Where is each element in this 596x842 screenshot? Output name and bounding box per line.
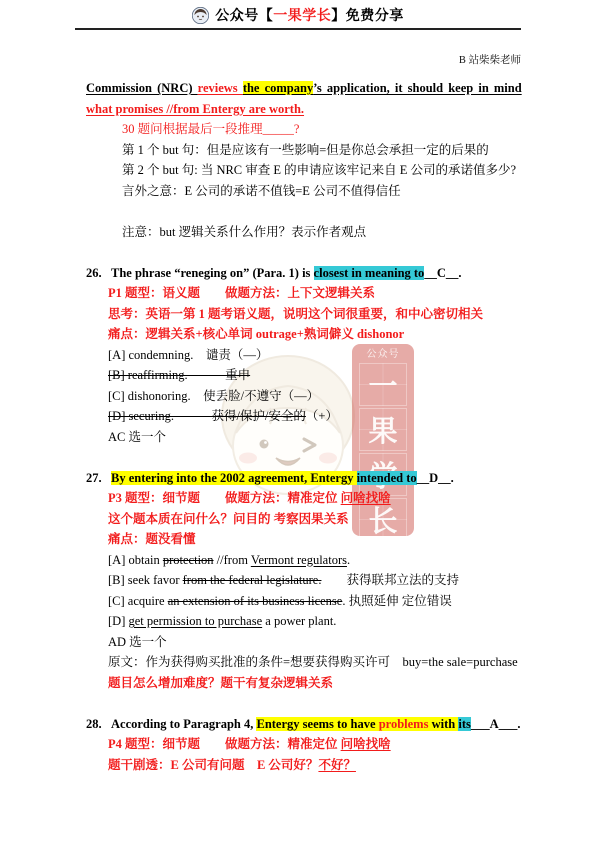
spacer <box>86 447 510 468</box>
q26-type-line: P1 题型：语义题 做题方法：上下文逻辑关系 <box>86 283 510 304</box>
q27-option-c: [C] acquire an extension of its business… <box>86 591 510 612</box>
q27-difficulty-line: 题目怎么增加难度？题干有复杂逻辑关系 <box>86 673 510 694</box>
note-but1: 第 1 个 but 句：但是应该有一些影响=但是你总会承担一定的后果的 <box>86 140 510 161</box>
question-28-number: 28. <box>86 714 111 735</box>
q27-yellow-highlight: By entering into the 2002 agreement, Ent… <box>111 471 357 485</box>
q27-option-d: [D] get permission to purchase a power p… <box>86 611 510 632</box>
q27-option-a: [A] obtain protection //from Vermont reg… <box>86 550 510 571</box>
header-title-post: 】免费分享 <box>331 7 404 23</box>
teacher-credit: B 站柴柴老师 <box>0 52 521 67</box>
document-page: 公众号【一果学长】免费分享 B 站柴柴老师 公众号 一 果 学 长 Commis… <box>0 0 596 842</box>
q26-verdict: AC 选一个 <box>86 427 510 448</box>
q27-cyan-highlight: intended to <box>357 471 417 485</box>
q26-pain-line: 痛点：逻辑关系+核心单词 outrage+熟词僻义 dishonor <box>86 324 510 345</box>
note-but2: 第 2 个 but 句: 当 NRC 审查 E 的申请应该牢记来自 E 公司的承… <box>86 160 510 181</box>
q28-type-line: P4 题型：细节题 做题方法：精准定位 问啥找啥 <box>86 734 510 755</box>
q27-verdict: AD 选一个 <box>86 632 510 653</box>
intro-line-1: Commission (NRC) reviews the company’s a… <box>86 78 510 99</box>
document-body: Commission (NRC) reviews the company’s a… <box>86 78 510 775</box>
question-28-stem: 28.According to Paragraph 4, Entergy see… <box>86 714 510 735</box>
q28-spoiler-line: 题干剧透：E 公司有问题 E 公司好？不好？ <box>86 755 510 776</box>
intro-keyword-reviews: reviews <box>198 81 243 95</box>
q26-think-line: 思考：英语一第 1 题考语义题，说明这个词很重要，和中心密切相关 <box>86 304 510 325</box>
question-26-number: 26. <box>86 263 111 284</box>
header-divider <box>75 28 521 30</box>
q26-cyan-highlight: closest in meaning to <box>314 266 425 280</box>
q26-option-d: [D] securing. 获得/保护/安全的（+） <box>86 406 510 427</box>
q28-yellow-highlight: Entergy seems to have problems with <box>256 717 458 731</box>
q26-option-a: [A] condemning. 谴责（—） <box>86 345 510 366</box>
header: 公众号【一果学长】免费分享 <box>0 5 596 27</box>
question-27-number: 27. <box>86 468 111 489</box>
q27-type-line: P3 题型：细节题 做题方法：精准定位 问啥找啥 <box>86 488 510 509</box>
header-title-pre: 公众号【 <box>215 7 273 23</box>
brand-avatar-icon <box>192 7 209 27</box>
q27-original-line: 原文：作为获得购买批准的条件=想要获得购买许可 buy=the sale=pur… <box>86 652 510 673</box>
intro-line-2: what promises //from Entergy are worth. <box>86 99 510 120</box>
header-brand-name: 一果学长 <box>273 7 331 23</box>
question-26-stem: 26.The phrase “reneging on” (Para. 1) is… <box>86 263 510 284</box>
q27-pain-line: 痛点：题没看懂 <box>86 529 510 550</box>
q27-essence-line: 这个题本质在问什么？问目的 考察因果关系 <box>86 509 510 530</box>
spacer <box>86 242 510 263</box>
note-q30: 30 题问根据最后一段推理_____? <box>86 119 510 140</box>
q26-option-c: [C] dishonoring. 使丢脸/不遵守（—） <box>86 386 510 407</box>
spacer <box>86 693 510 714</box>
question-27-stem: 27.By entering into the 2002 agreement, … <box>86 468 510 489</box>
spacer <box>86 201 510 222</box>
intro-highlight-the-company: the company <box>243 81 313 95</box>
q28-cyan-highlight: its <box>458 717 471 731</box>
note-attention: 注意：but 逻辑关系什么作用？表示作者观点 <box>86 222 510 243</box>
note-implied: 言外之意：E 公司的承诺不值钱=E 公司不值得信任 <box>86 181 510 202</box>
q26-option-b: [B] reaffirming. 重申 <box>86 365 510 386</box>
q27-option-b: [B] seek favor from the federal legislat… <box>86 570 510 591</box>
q28-keyword-problems: problems <box>379 717 429 731</box>
